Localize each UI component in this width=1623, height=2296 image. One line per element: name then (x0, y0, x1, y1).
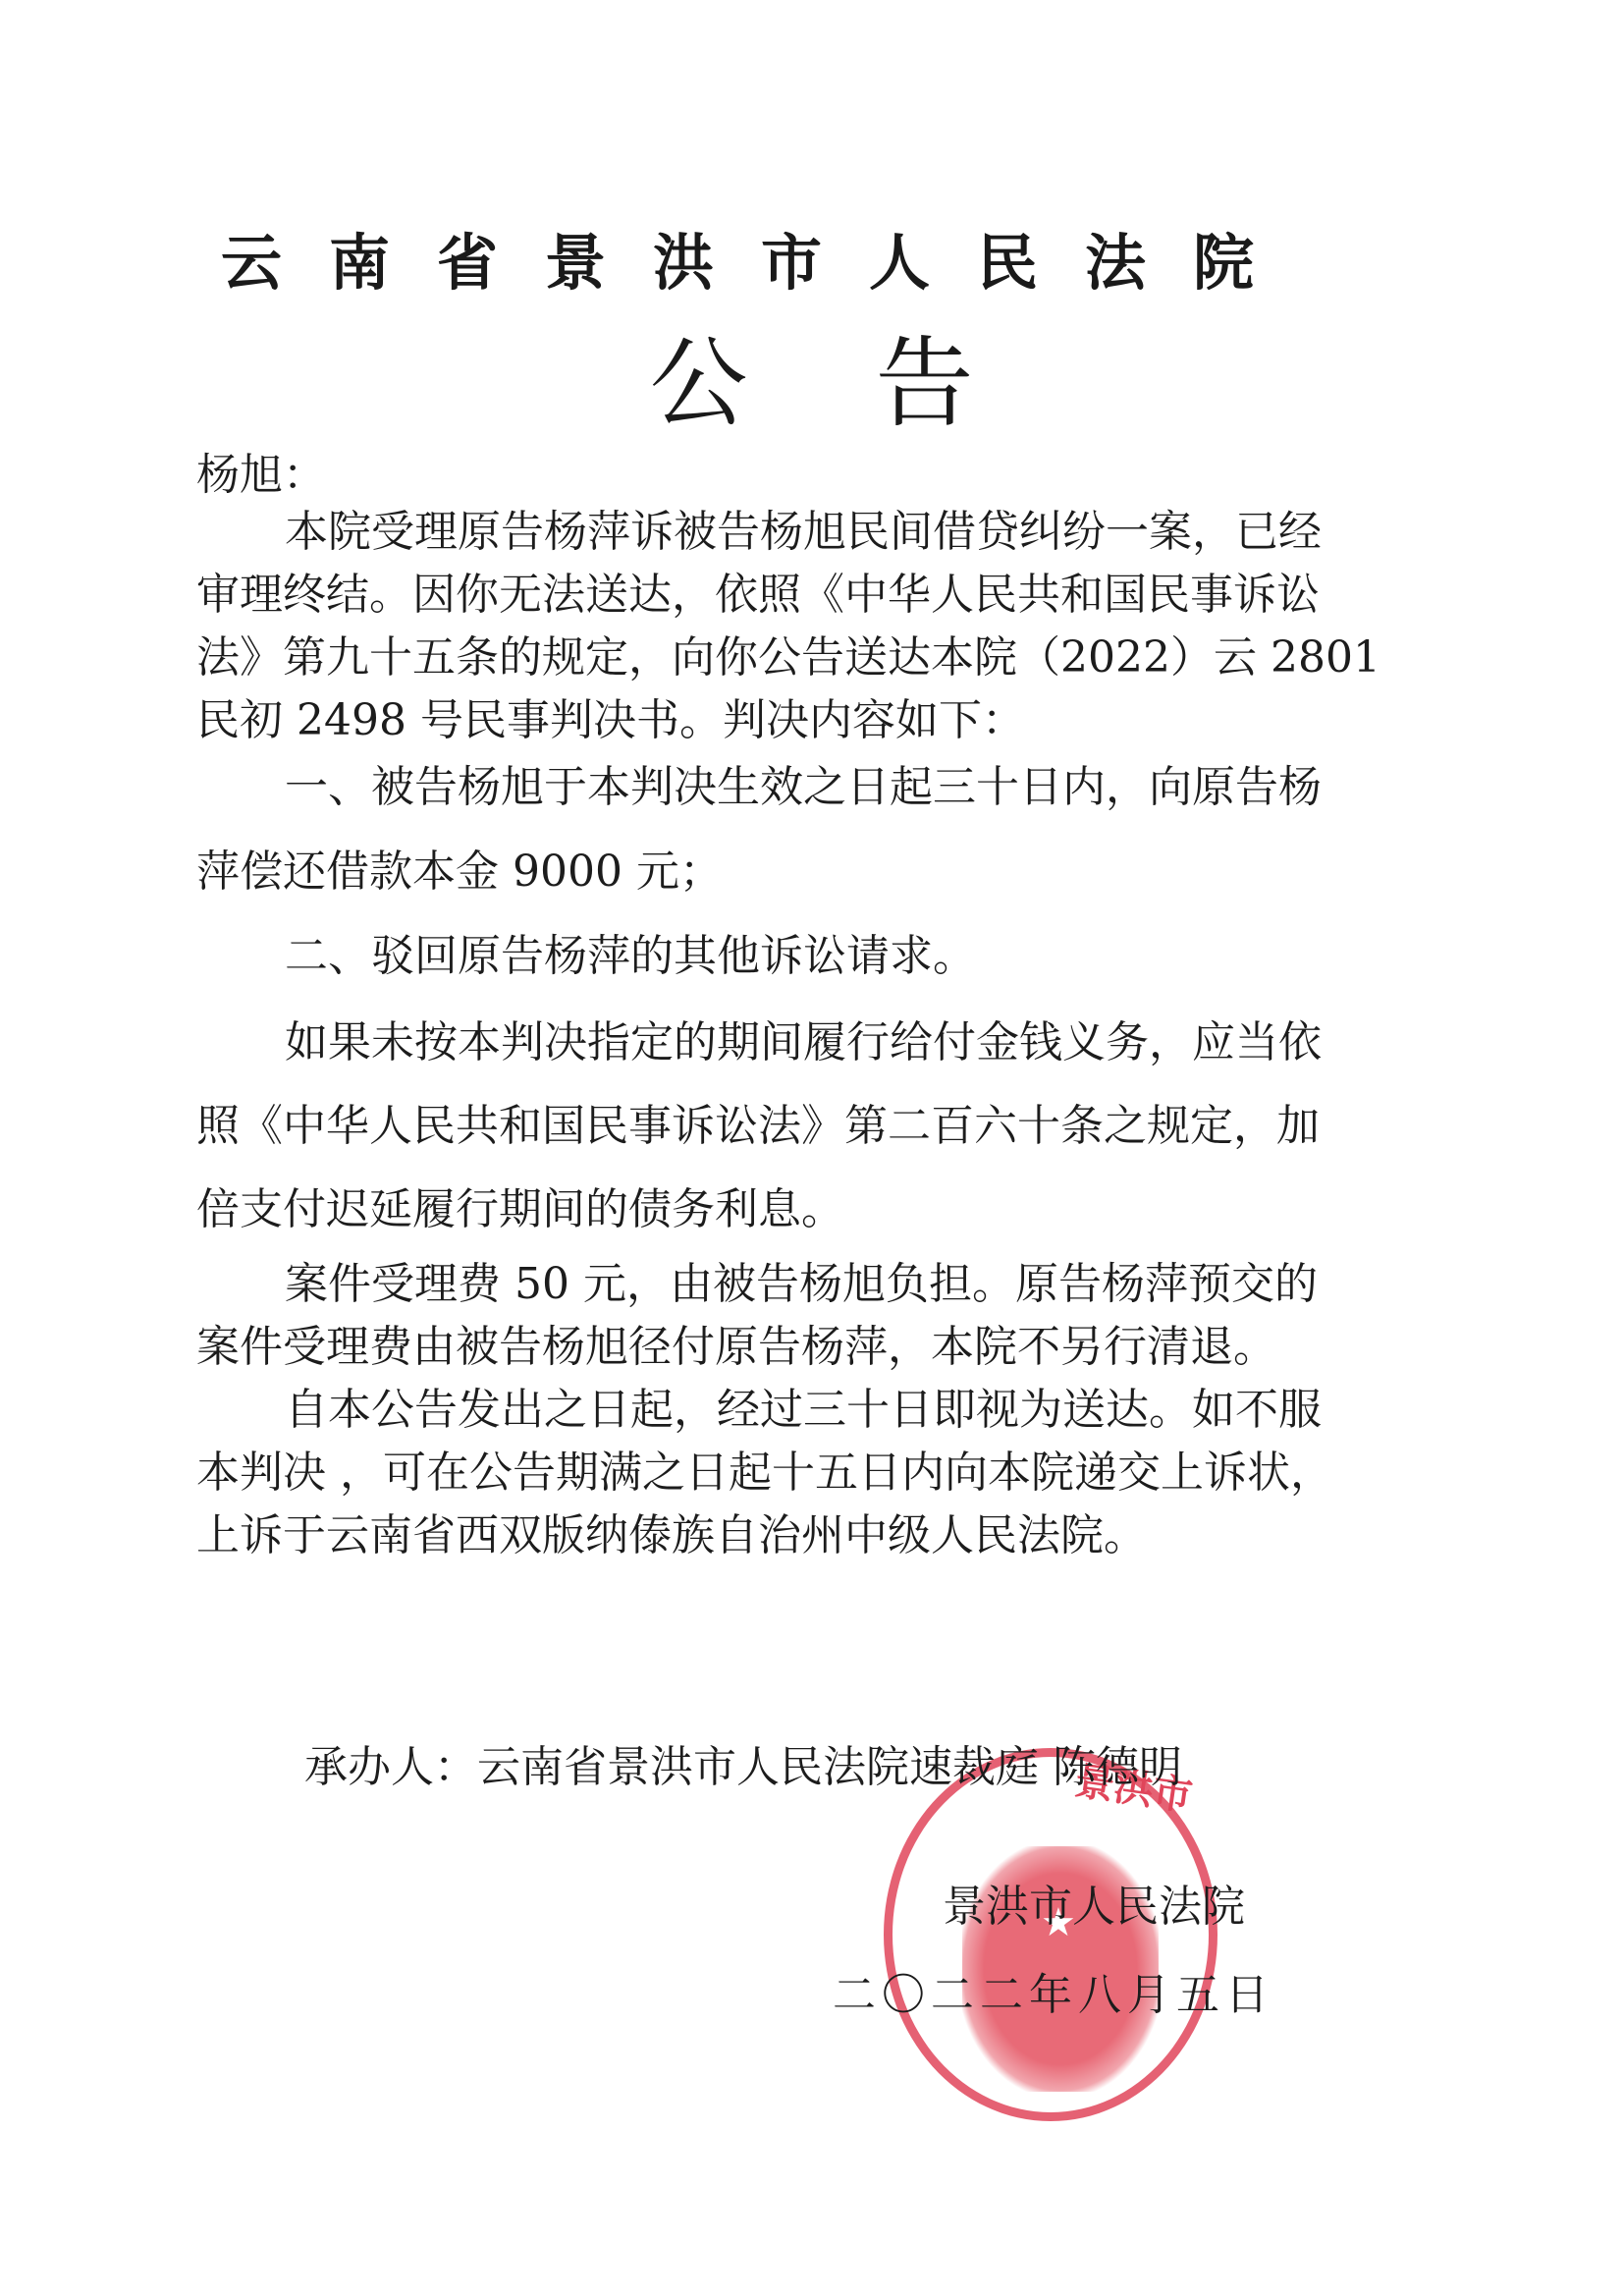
paragraph-1-line-4: 民初 2498 号民事判决书。判决内容如下： (196, 689, 1335, 752)
court-name-heading: 云南省景洪市人民法院 (196, 214, 1325, 301)
paragraph-4-line-3: 倍支付迟延履行期间的债务利息。 (196, 1178, 1335, 1241)
paragraph-4-line-1: 如果未按本判决指定的期间履行给付金钱义务，应当依 (196, 1011, 1424, 1074)
paragraph-4-line-2: 照《中华人民共和国民事诉讼法》第二百六十条之规定，加 (196, 1095, 1335, 1158)
case-handler: 承办人：云南省景洪市人民法院速裁庭 陈德明 (304, 1738, 1182, 1797)
paragraph-6-line-1: 自本公告发出之日起，经过三十日即视为送达。如不服 (196, 1379, 1424, 1442)
notice-title: 公告 (0, 304, 1623, 446)
paragraph-1-line-1: 本院受理原告杨萍诉被告杨旭民间借贷纠纷一案，已经 (196, 501, 1424, 564)
judgment-item-1-line-1: 一、被告杨旭于本判决生效之日起三十日内，向原告杨 (196, 756, 1424, 819)
paragraph-1-line-3: 法》第九十五条的规定，向你公告送达本院（2022）云 2801 (196, 627, 1335, 689)
paragraph-5-line-2: 案件受理费由被告杨旭径付原告杨萍，本院不另行清退。 (196, 1316, 1335, 1379)
paragraph-1-line-2: 审理终结。因你无法送达，依照《中华人民共和国民事诉讼 (196, 564, 1335, 627)
paragraph-5-line-1: 案件受理费 50 元，由被告杨旭负担。原告杨萍预交的 (196, 1253, 1424, 1316)
judgment-item-1-line-2: 萍偿还借款本金 9000 元； (196, 841, 1335, 903)
judgment-item-2: 二、驳回原告杨萍的其他诉讼请求。 (196, 925, 1424, 988)
document-page: 云南省景洪市人民法院 公告 杨旭： 本院受理原告杨萍诉被告杨旭民间借贷纠纷一案，… (0, 0, 1623, 2296)
issue-date: 二〇二二年八月五日 (833, 1966, 1274, 2025)
paragraph-6-line-2: 本判决 ，可在公告期满之日起十五日内向本院递交上诉状， (196, 1442, 1335, 1504)
addressee: 杨旭： (196, 444, 1335, 507)
issuing-court: 景洪市人民法院 (943, 1878, 1245, 1937)
paragraph-6-line-3: 上诉于云南省西双版纳傣族自治州中级人民法院。 (196, 1504, 1335, 1567)
